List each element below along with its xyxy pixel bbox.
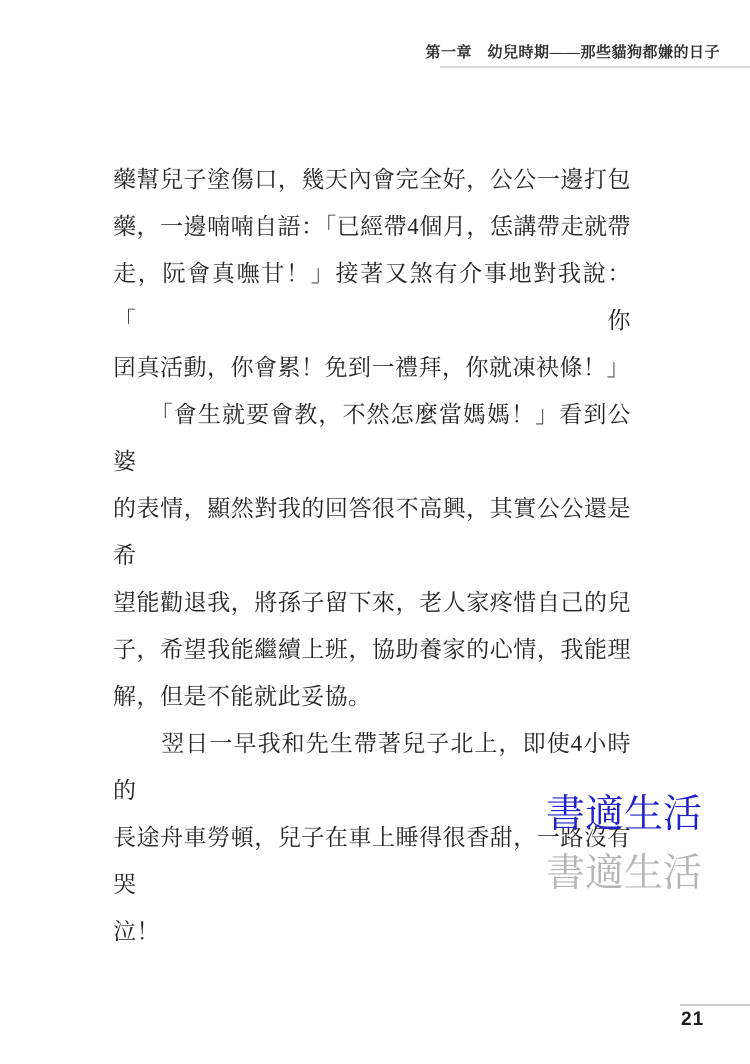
body-line: 子，希望我能繼續上班，協助養家的心情，我能理 <box>113 626 631 673</box>
body-line: 囝真活動，你會累！免到一禮拜，你就凍袂條！」 <box>113 344 631 391</box>
body-line: 藥幫兒子塗傷口，幾天內會完全好，公公一邊打包 <box>113 156 631 203</box>
running-header-chapter-title: 第一章 幼兒時期——那些貓狗都嫌的日子 <box>425 43 720 64</box>
header-rule <box>440 66 750 68</box>
book-page: 第一章 幼兒時期——那些貓狗都嫌的日子 藥幫兒子塗傷口，幾天內會完全好，公公一邊… <box>0 0 750 1064</box>
page-number: 21 <box>681 1009 704 1031</box>
body-line: 「會生就要會教，不然怎麼當媽媽！」看到公婆 <box>113 391 631 485</box>
body-line: 走，阮會真嘸甘！」接著又煞有介事地對我說：「你 <box>113 250 631 344</box>
body-line: 望能勸退我，將孫子留下來，老人家疼惜自己的兒 <box>113 579 631 626</box>
body-line: 藥，一邊喃喃自語：「已經帶4個月，恁講帶走就帶 <box>113 203 631 250</box>
footer-rule <box>680 1004 750 1006</box>
body-line: 的表情，顯然對我的回答很不高興，其實公公還是希 <box>113 485 631 579</box>
body-line: 解，但是不能就此妥協。 <box>113 673 631 720</box>
watermark-primary: 書適生活 <box>546 795 702 834</box>
watermark-secondary: 書適生活 <box>546 854 702 893</box>
body-line: 泣！ <box>113 908 631 955</box>
